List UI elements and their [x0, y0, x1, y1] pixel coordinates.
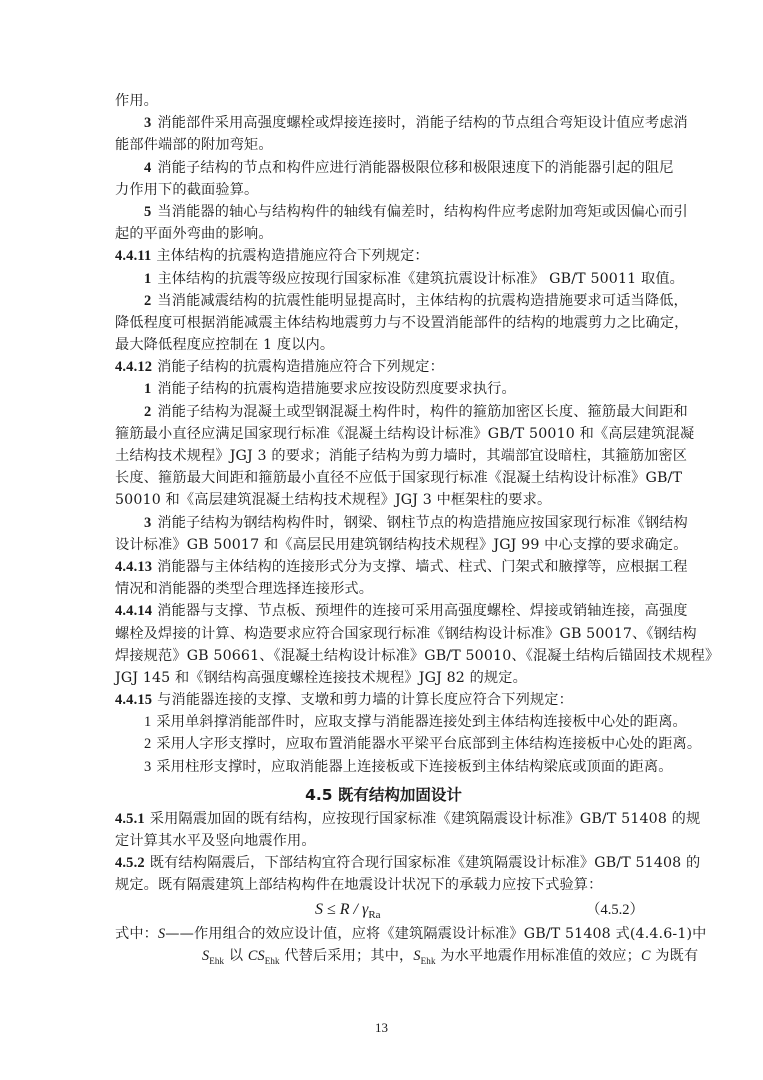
- line-text: 长度、箍筋最大间距和箍筋最小直径不应低于国家现行标准《混凝土结构设计标准》GB/…: [115, 470, 682, 486]
- line-text: 当消能器的轴心与结构构件的轴线有偏差时，结构构件应考虑附加弯矩或因偏心而引: [157, 204, 688, 220]
- list-item: 4消能子结构的节点和构件应进行消能器极限位移和极限速度下的消能器引起的阻尼: [115, 157, 652, 179]
- line-text: JGJ 145 和《钢结构高强度螺栓连接技术规程》JGJ 82 的规定。: [115, 670, 527, 686]
- line-text: 采用单斜撑消能部件时，应取支撑与消能器连接处到主体结构连接板中心处的距离。: [156, 714, 687, 730]
- item-number: 5: [144, 204, 151, 220]
- item-number: 1: [144, 714, 151, 730]
- clause-number: 4.4.14: [115, 603, 152, 619]
- item-number: 3: [144, 515, 151, 531]
- line-text: 消能子结构的抗震构造措施应符合下列规定：: [157, 359, 444, 375]
- line-text: 主体结构的抗震构造措施应符合下列规定：: [156, 248, 428, 264]
- item-number: 3: [144, 759, 151, 775]
- line-text: 土结构技术规程》JGJ 3 的要求；消能子结构为剪力墙时，其端部宜设暗柱，其箍筋…: [115, 448, 687, 464]
- line-text: 最大降低程度应控制在 1 度以内。: [115, 337, 334, 353]
- line-text: 作用。: [115, 93, 158, 109]
- line-text: 消能器与支撑、节点板、预埋件的连接可采用高强度螺栓、焊接或销轴连接，高强度: [157, 603, 688, 619]
- paragraph-line: 情况和消能器的类型合理选择连接形式。: [115, 578, 652, 600]
- paragraph-line: 能部件端部的附加弯矩。: [115, 134, 652, 156]
- clause-number: 4.4.15: [115, 692, 152, 708]
- line-text: 与消能器连接的支撑、支墩和剪力墙的计算长度应符合下列规定：: [157, 692, 573, 708]
- item-number: 1: [144, 271, 151, 287]
- line-text: 消能子结构为混凝土或型钢混凝土构件时，构件的箍筋加密区长度、箍筋最大间距和: [157, 404, 688, 420]
- clause-number: 4.4.12: [115, 359, 152, 375]
- line-text: 主体结构的抗震等级应按现行国家标准《建筑抗震设计标准》 GB/T 50011 取…: [157, 271, 684, 287]
- line-text: 采用隔震加固的既有结构，应按现行国家标准《建筑隔震设计标准》GB/T 51408…: [150, 811, 701, 827]
- paragraph-line: 最大降低程度应控制在 1 度以内。: [115, 334, 652, 356]
- paragraph-line: 定计算其水平及竖向地震作用。: [115, 830, 652, 852]
- line-text: 设计标准》GB 50017 和《高层民用建筑钢结构技术规程》JGJ 99 中心支…: [115, 537, 688, 553]
- where-clause-line-2: SEhk 以 CSEhk 代替后采用；其中，SEhk 为水平地震作用标准值的效应…: [115, 945, 652, 967]
- where-clause-line-1: 式中：S——作用组合的效应设计值，应将《建筑隔震设计标准》GB/T 51408 …: [115, 923, 652, 945]
- list-item: 3采用柱形支撑时，应取消能器上连接板或下连接板到主体结构梁底或顶面的距离。: [115, 756, 652, 778]
- paragraph-line: 力作用下的截面验算。: [115, 179, 652, 201]
- section-4-5-body: 4.5.1采用隔震加固的既有结构，应按现行国家标准《建筑隔震设计标准》GB/T …: [115, 808, 652, 897]
- line-text: 消能子结构的节点和构件应进行消能器极限位移和极限速度下的消能器引起的阻尼: [157, 160, 673, 176]
- clause-line: 4.4.14消能器与支撑、节点板、预埋件的连接可采用高强度螺栓、焊接或销轴连接，…: [115, 600, 652, 622]
- clause-line: 4.4.15与消能器连接的支撑、支墩和剪力墙的计算长度应符合下列规定：: [115, 689, 652, 711]
- item-number: 1: [144, 381, 151, 397]
- line-text: 采用人字形支撑时，应取布置消能器水平梁平台底部到主体结构连接板中心处的距离。: [156, 736, 701, 752]
- line-text: 当消能减震结构的抗震性能明显提高时，主体结构的抗震构造措施要求可适当降低，: [157, 293, 688, 309]
- clause-line: 4.4.13消能器与主体结构的连接形式分为支撑、墙式、柱式、门架式和腋撑等，应根…: [115, 556, 652, 578]
- paragraph-line: 箍筋最小直径应满足国家现行标准《混凝土结构设计标准》GB/T 50010 和《高…: [115, 423, 652, 445]
- page-number: 13: [0, 1020, 763, 1036]
- line-text: 既有结构隔震后，下部结构宜符合现行国家标准《建筑隔震设计标准》GB/T 5140…: [150, 855, 701, 871]
- formula-4-5-2: S ≤ R / γRa （4.5.2）: [115, 897, 652, 923]
- line-text: 定计算其水平及竖向地震作用。: [115, 833, 316, 849]
- paragraph-line: JGJ 145 和《钢结构高强度螺栓连接技术规程》JGJ 82 的规定。: [115, 667, 652, 689]
- line-text: 消能部件采用高强度螺栓或焊接连接时，消能子结构的节点组合弯矩设计值应考虑消: [157, 115, 688, 131]
- equation-number: （4.5.2）: [586, 897, 644, 923]
- line-text: 消能子结构为钢结构构件时，钢梁、钢柱节点的构造措施应按国家现行标准《钢结构: [157, 515, 688, 531]
- list-item: 3消能部件采用高强度螺栓或焊接连接时，消能子结构的节点组合弯矩设计值应考虑消: [115, 112, 652, 134]
- line-text: 箍筋最小直径应满足国家现行标准《混凝土结构设计标准》GB/T 50010 和《高…: [115, 426, 694, 442]
- list-item: 2当消能减震结构的抗震性能明显提高时，主体结构的抗震构造措施要求可适当降低，: [115, 290, 652, 312]
- item-number: 4: [144, 160, 151, 176]
- item-number: 3: [144, 115, 151, 131]
- item-number: 2: [144, 404, 151, 420]
- line-text: 50010 和《高层建筑混凝土结构技术规程》JGJ 3 中框架柱的要求。: [115, 492, 551, 508]
- line-text: 规定。既有隔震建筑上部结构构件在地震设计状况下的承载力应按下式验算：: [115, 877, 602, 893]
- item-number: 2: [144, 736, 151, 752]
- paragraph-line: 降低程度可根据消能减震主体结构地震剪力与不设置消能部件的结构的地震剪力之比确定，: [115, 312, 652, 334]
- clause-number: 4.5.1: [115, 811, 145, 827]
- line-text: 起的平面外弯曲的影响。: [115, 226, 273, 242]
- list-item: 2采用人字形支撑时，应取布置消能器水平梁平台底部到主体结构连接板中心处的距离。: [115, 733, 652, 755]
- line-text: 能部件端部的附加弯矩。: [115, 137, 273, 153]
- paragraph-line: 作用。: [115, 90, 652, 112]
- paragraph-line: 螺栓及焊接的计算、构造要求应符合国家现行标准《钢结构设计标准》GB 50017、…: [115, 623, 652, 645]
- line-text: 消能器与主体结构的连接形式分为支撑、墙式、柱式、门架式和腋撑等，应根据工程: [157, 559, 688, 575]
- section-4-4-body: 作用。3消能部件采用高强度螺栓或焊接连接时，消能子结构的节点组合弯矩设计值应考虑…: [115, 90, 652, 778]
- clause-line: 4.5.1采用隔震加固的既有结构，应按现行国家标准《建筑隔震设计标准》GB/T …: [115, 808, 652, 830]
- paragraph-line: 焊接规范》GB 50661、《混凝土结构设计标准》GB/T 50010、《混凝土…: [115, 645, 652, 667]
- item-number: 2: [144, 293, 151, 309]
- list-item: 1采用单斜撑消能部件时，应取支撑与消能器连接处到主体结构连接板中心处的距离。: [115, 711, 652, 733]
- clause-number: 4.5.2: [115, 855, 145, 871]
- document-page: 作用。3消能部件采用高强度螺栓或焊接连接时，消能子结构的节点组合弯矩设计值应考虑…: [115, 90, 652, 967]
- line-text: 情况和消能器的类型合理选择连接形式。: [115, 581, 373, 597]
- paragraph-line: 土结构技术规程》JGJ 3 的要求；消能子结构为剪力墙时，其端部宜设暗柱，其箍筋…: [115, 445, 652, 467]
- list-item: 1主体结构的抗震等级应按现行国家标准《建筑抗震设计标准》 GB/T 50011 …: [115, 268, 652, 290]
- paragraph-line: 起的平面外弯曲的影响。: [115, 223, 652, 245]
- list-item: 2消能子结构为混凝土或型钢混凝土构件时，构件的箍筋加密区长度、箍筋最大间距和: [115, 401, 652, 423]
- paragraph-line: 设计标准》GB 50017 和《高层民用建筑钢结构技术规程》JGJ 99 中心支…: [115, 534, 652, 556]
- section-heading: 4.5 既有结构加固设计: [115, 778, 652, 808]
- clause-line: 4.4.11主体结构的抗震构造措施应符合下列规定：: [115, 245, 652, 267]
- line-text: 降低程度可根据消能减震主体结构地震剪力与不设置消能部件的结构的地震剪力之比确定，: [115, 315, 689, 331]
- line-text: 焊接规范》GB 50661、《混凝土结构设计标准》GB/T 50010、《混凝土…: [115, 648, 719, 664]
- clause-line: 4.4.12消能子结构的抗震构造措施应符合下列规定：: [115, 356, 652, 378]
- paragraph-line: 规定。既有隔震建筑上部结构构件在地震设计状况下的承载力应按下式验算：: [115, 874, 652, 896]
- list-item: 1消能子结构的抗震构造措施要求应按设防烈度要求执行。: [115, 378, 652, 400]
- clause-number: 4.4.13: [115, 559, 152, 575]
- line-text: 消能子结构的抗震构造措施要求应按设防烈度要求执行。: [157, 381, 515, 397]
- line-text: 采用柱形支撑时，应取消能器上连接板或下连接板到主体结构梁底或顶面的距离。: [156, 759, 672, 775]
- formula-expression: S ≤ R / γRa: [315, 897, 381, 928]
- line-text: 螺栓及焊接的计算、构造要求应符合国家现行标准《钢结构设计标准》GB 50017、…: [115, 626, 697, 642]
- paragraph-line: 50010 和《高层建筑混凝土结构技术规程》JGJ 3 中框架柱的要求。: [115, 489, 652, 511]
- list-item: 5当消能器的轴心与结构构件的轴线有偏差时，结构构件应考虑附加弯矩或因偏心而引: [115, 201, 652, 223]
- paragraph-line: 长度、箍筋最大间距和箍筋最小直径不应低于国家现行标准《混凝土结构设计标准》GB/…: [115, 467, 652, 489]
- clause-line: 4.5.2既有结构隔震后，下部结构宜符合现行国家标准《建筑隔震设计标准》GB/T…: [115, 852, 652, 874]
- clause-number: 4.4.11: [115, 248, 151, 264]
- list-item: 3消能子结构为钢结构构件时，钢梁、钢柱节点的构造措施应按国家现行标准《钢结构: [115, 512, 652, 534]
- line-text: 力作用下的截面验算。: [115, 182, 258, 198]
